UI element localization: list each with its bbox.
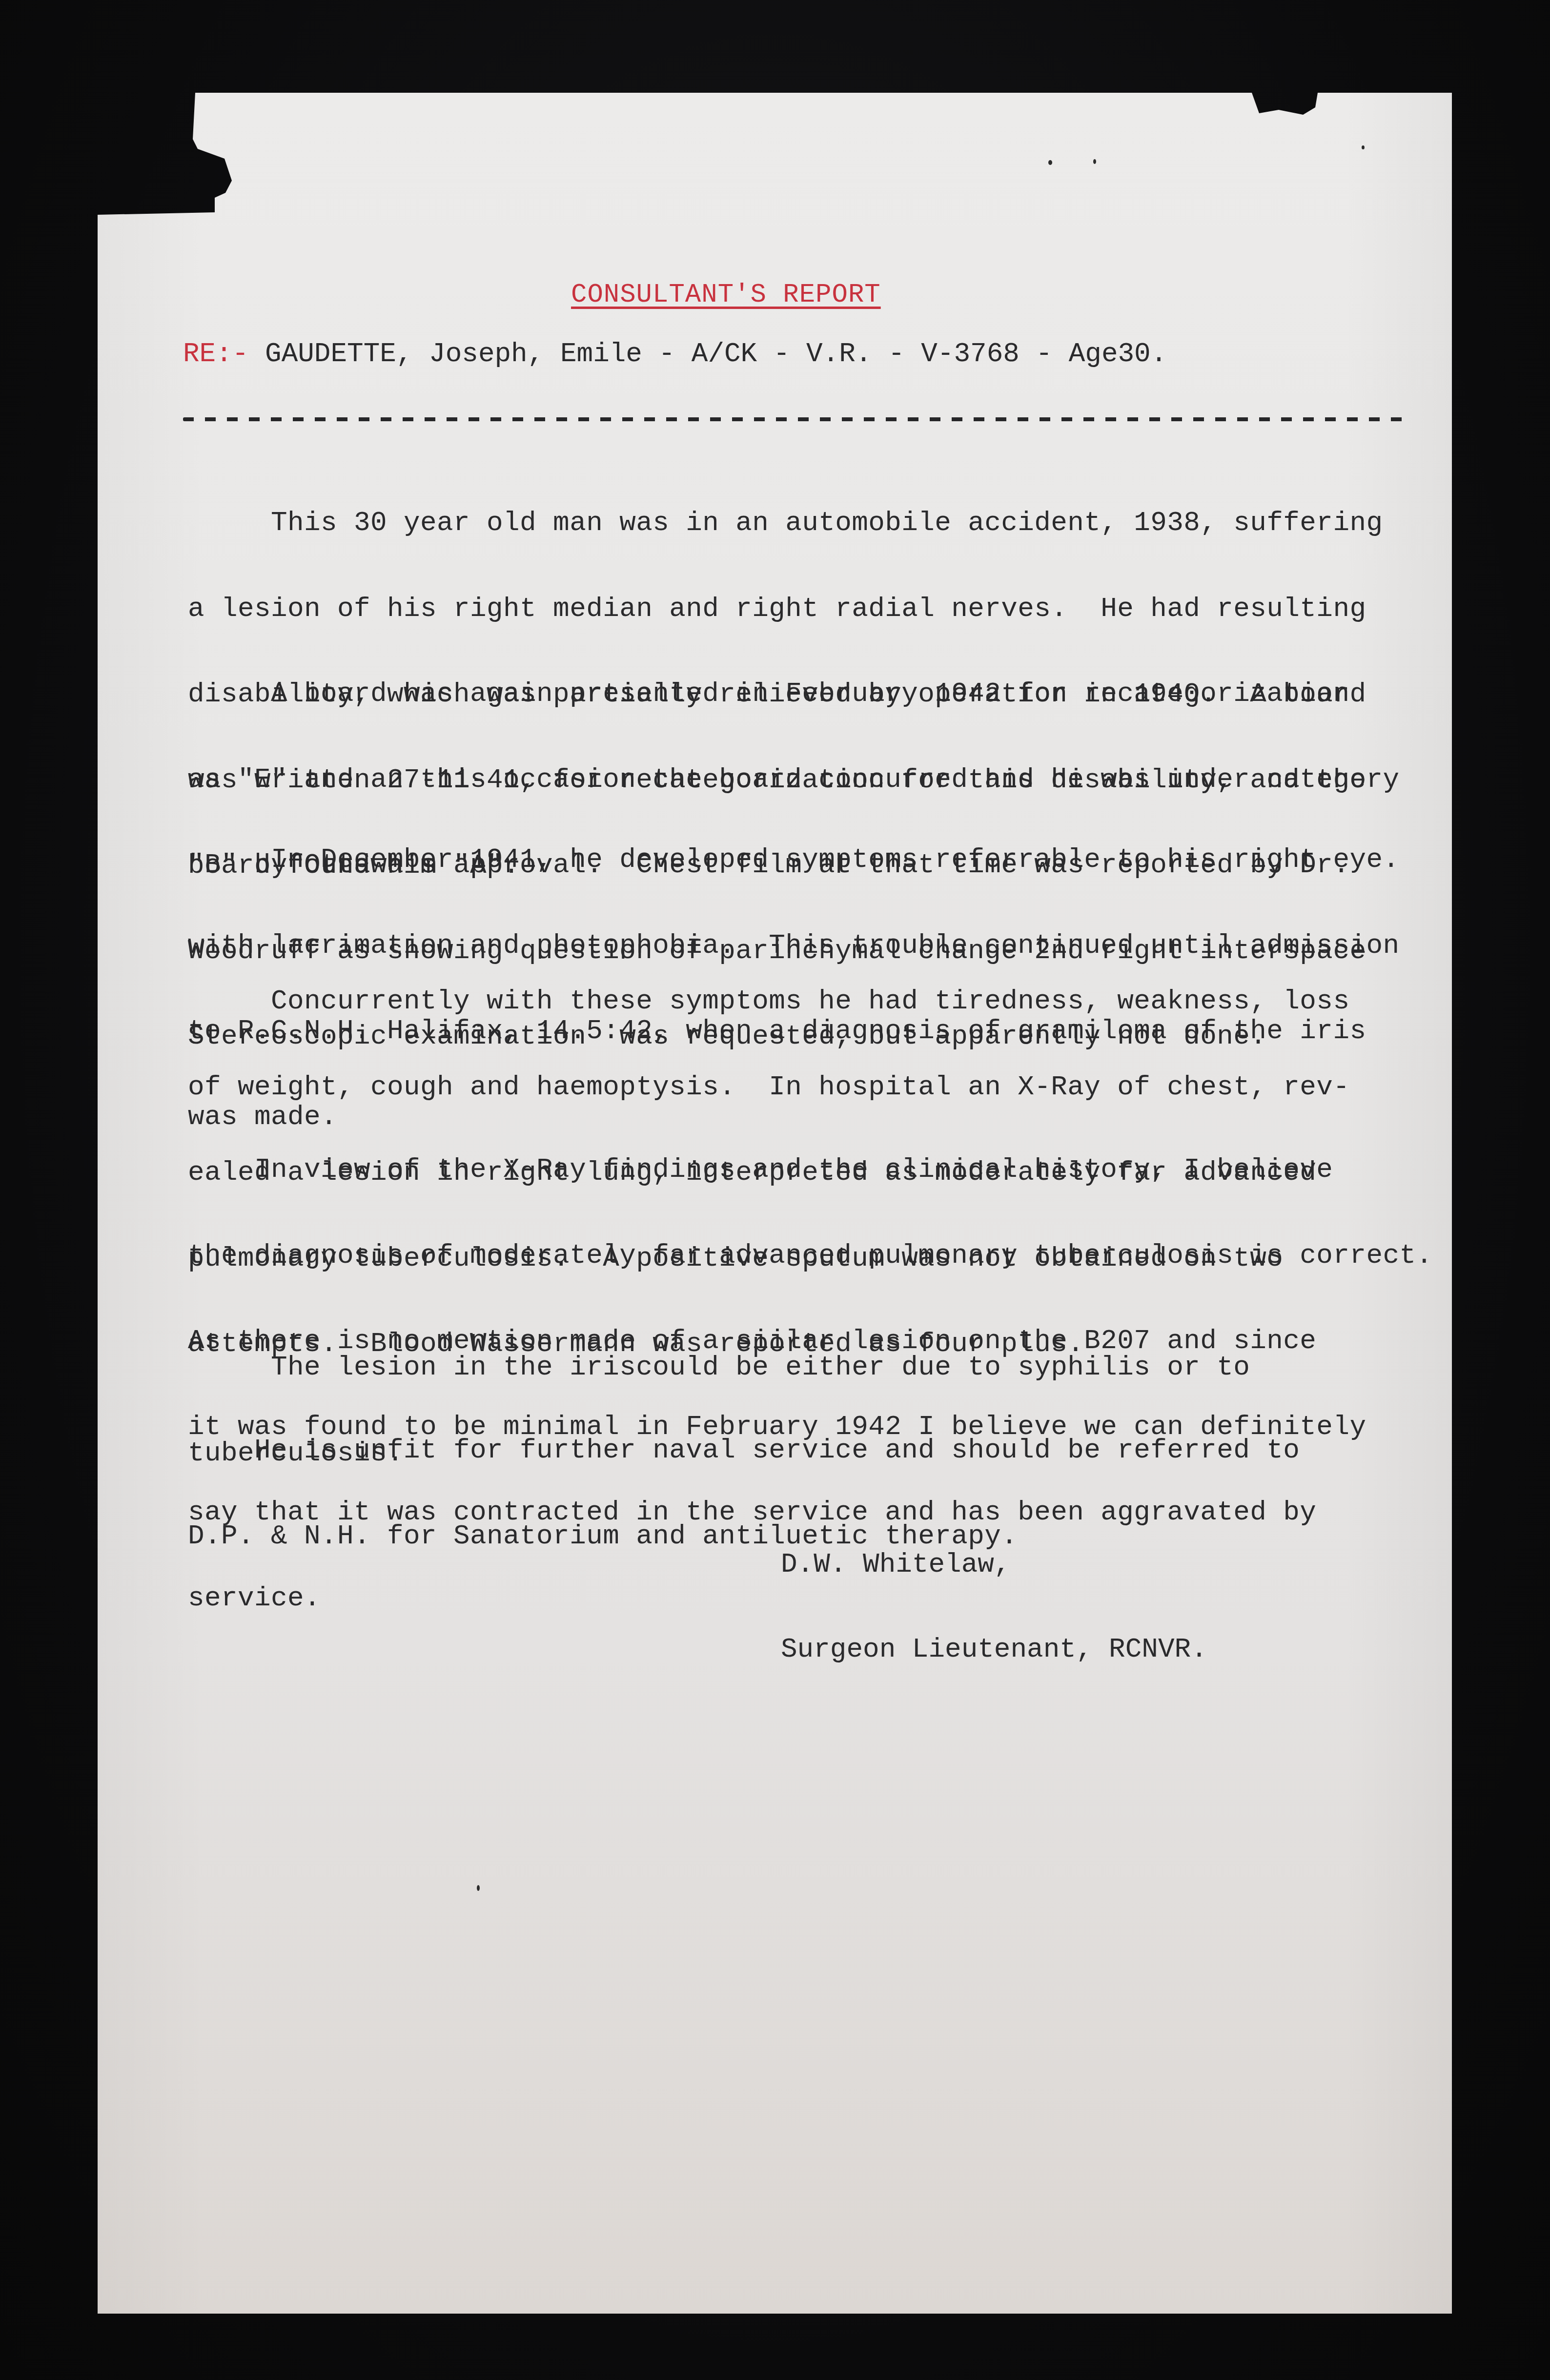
text-line: a lesion of his right median and right r… — [188, 595, 1383, 623]
text-line: This 30 year old man was in an automobil… — [188, 509, 1383, 537]
text-line: of weight, cough and haemoptysis. In hos… — [188, 1073, 1349, 1102]
paper-speck — [1362, 145, 1365, 149]
paper-speck — [1048, 160, 1052, 165]
paper-speck — [1093, 159, 1096, 164]
text-line: The lesion in the iriscould be either du… — [188, 1353, 1250, 1382]
document-title: CONSULTANT'S REPORT — [571, 281, 881, 310]
dashed-separator — [183, 417, 1413, 421]
text-line: Concurrently with these symptoms he had … — [188, 987, 1349, 1016]
text-line: the diagnosis of moderately far advanced… — [188, 1241, 1432, 1270]
subject-label: RE:- — [183, 338, 248, 369]
text-line: A board was again presented in February … — [188, 679, 1399, 708]
signatory-name: D.W. Whitelaw, — [781, 1550, 1207, 1579]
text-line: In December 1941, he developed symptoms … — [188, 845, 1399, 874]
signature-block: D.W. Whitelaw, Surgeon Lieutenant, RCNVR… — [781, 1494, 1207, 1692]
subject-line: RE:- GAUDETTE, Joseph, Emile - A/CK - V.… — [183, 339, 1167, 369]
paper-speck — [477, 1885, 480, 1891]
text-line: In view of the X-Ray findings and the cl… — [188, 1155, 1432, 1184]
signatory-rank: Surgeon Lieutenant, RCNVR. — [781, 1635, 1207, 1663]
subject-text: GAUDETTE, Joseph, Emile - A/CK - V.R. - … — [248, 338, 1167, 369]
text-line: He is unfit for further naval service an… — [188, 1436, 1300, 1465]
